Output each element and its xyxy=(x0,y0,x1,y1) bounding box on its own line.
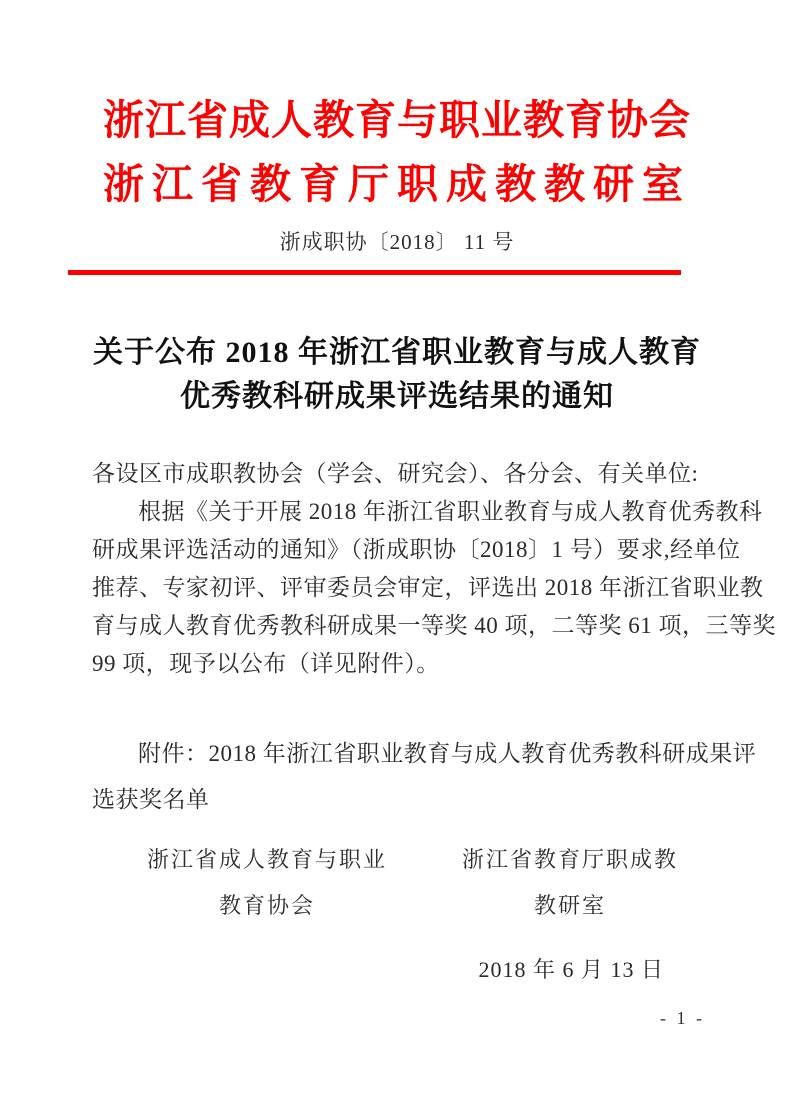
notice-title-line-1: 关于公布 2018 年浙江省职业教育与成人教育 xyxy=(0,331,794,375)
paragraph-line: 研成果评选活动的通知》（浙成职协〔2018〕1 号）要求,经单位 xyxy=(92,531,714,569)
letterhead-org-line-2: 浙江省教育厅职成教教研室 xyxy=(0,156,794,212)
notice-body: 各设区市成职教协会（学会、研究会）、各分会、有关单位: 根据《关于开展 2018… xyxy=(92,455,714,823)
paragraph-line: 推荐、专家初评、评审委员会审定，评选出 2018 年浙江省职业教 xyxy=(92,569,714,607)
salutation-line: 各设区市成职教协会（学会、研究会）、各分会、有关单位: xyxy=(92,455,714,493)
attachment-note: 附件：2018 年浙江省职业教育与成人教育优秀教科研成果评 选获奖名单 xyxy=(92,731,714,823)
attachment-line: 选获奖名单 xyxy=(92,777,714,823)
signature-right-line-2: 教研室 xyxy=(462,883,678,929)
signature-left-line-2: 教育协会 xyxy=(147,883,387,929)
letterhead-org-line-1: 浙江省成人教育与职业教育协会 xyxy=(0,0,794,148)
document-number: 浙成职协〔2018〕 11 号 xyxy=(0,228,794,256)
signature-blocks: 浙江省成人教育与职业 教育协会 浙江省教育厅职成教 教研室 xyxy=(147,837,678,929)
page-number: - 1 - xyxy=(660,1006,705,1030)
notice-title: 关于公布 2018 年浙江省职业教育与成人教育 优秀教科研成果评选结果的通知 xyxy=(0,331,794,419)
document-page: 浙江省成人教育与职业教育协会 浙江省教育厅职成教教研室 浙成职协〔2018〕 1… xyxy=(0,0,794,1108)
paragraph-line: 育与成人教育优秀教科研成果一等奖 40 项，二等奖 61 项，三等奖 xyxy=(92,607,714,645)
document-date: 2018 年 6 月 13 日 xyxy=(0,955,664,985)
red-separator-rule xyxy=(68,270,681,275)
signature-right-line-1: 浙江省教育厅职成教 xyxy=(462,837,678,883)
notice-title-line-2: 优秀教科研成果评选结果的通知 xyxy=(0,375,794,419)
signature-left-line-1: 浙江省成人教育与职业 xyxy=(147,837,387,883)
signature-left: 浙江省成人教育与职业 教育协会 xyxy=(147,837,387,929)
paragraph-line: 99 项，现予以公布（详见附件）。 xyxy=(92,645,714,683)
attachment-line: 附件：2018 年浙江省职业教育与成人教育优秀教科研成果评 xyxy=(92,731,714,777)
paragraph-line: 根据《关于开展 2018 年浙江省职业教育与成人教育优秀教科 xyxy=(92,493,714,531)
signature-right: 浙江省教育厅职成教 教研室 xyxy=(462,837,678,929)
